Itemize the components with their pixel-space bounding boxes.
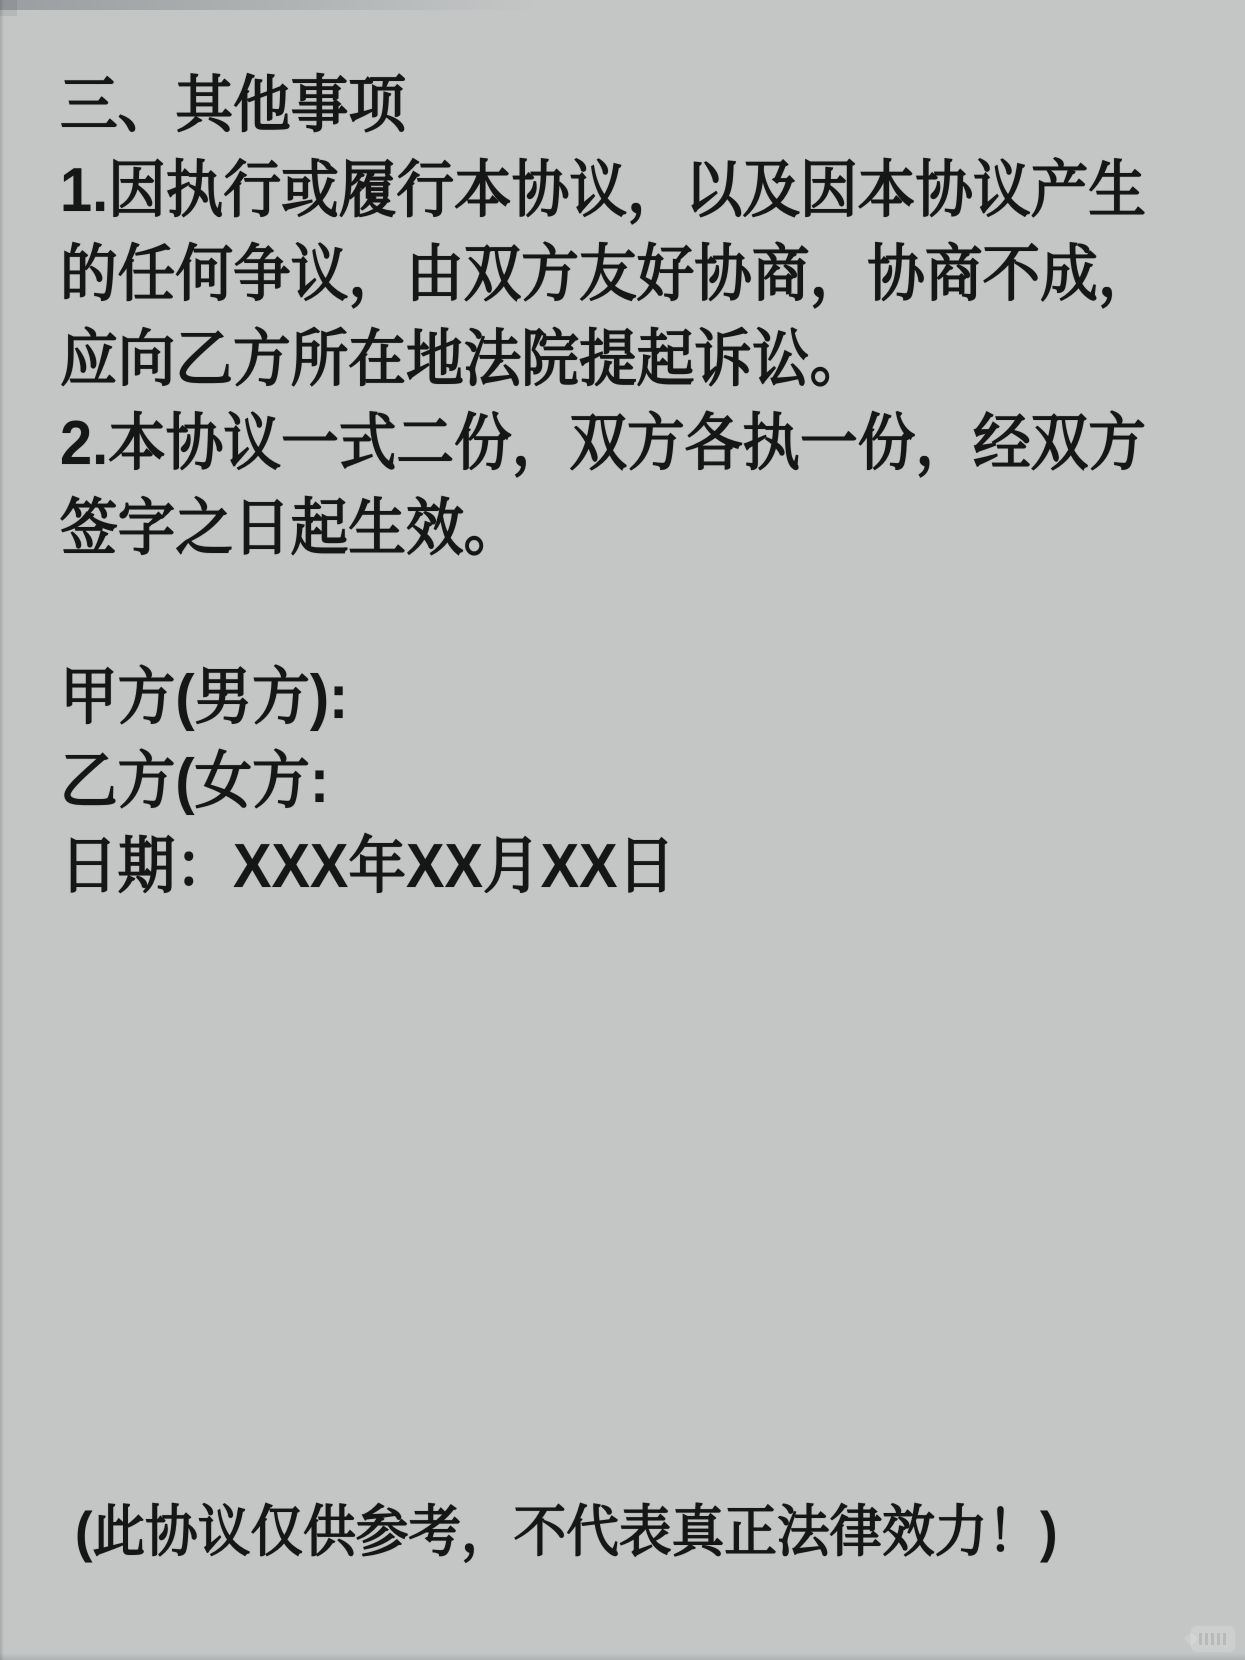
top-edge-shadow [0, 0, 540, 10]
disclaimer-note: (此协议仅供参考，不代表真正法律效力！) [75, 1494, 1058, 1570]
watermark-badge [1191, 1626, 1235, 1652]
signature-date: 日期：XXX年XX月XX日 [60, 825, 1156, 910]
signature-party-b: 乙方(女方: [60, 740, 1156, 825]
section-heading: 三、其他事项 [60, 64, 1156, 149]
top-left-corner-shadow [0, 0, 17, 16]
body-line-3: 应向乙方所在地法院提起诉讼。 [60, 318, 1156, 403]
agreement-text-block: 三、其他事项 1.因执行或履行本协议，以及因本协议产生 的任何争议，由双方友好协… [60, 64, 1238, 909]
body-line-2: 的任何争议，由双方友好协商，协商不成， [60, 233, 1156, 318]
watermark-logo-icon [1199, 1633, 1227, 1645]
left-edge-shadow [0, 0, 4, 1660]
blank-line [60, 571, 1156, 656]
body-line-1: 1.因执行或履行本协议，以及因本协议产生 [60, 149, 1156, 234]
document-page: 三、其他事项 1.因执行或履行本协议，以及因本协议产生 的任何争议，由双方友好协… [0, 0, 1245, 1660]
bottom-edge-shadow [0, 1653, 1245, 1660]
signature-party-a: 甲方(男方): [60, 656, 1156, 741]
body-line-5: 签字之日起生效。 [60, 487, 1156, 572]
body-line-4: 2.本协议一式二份，双方各执一份，经双方 [60, 402, 1156, 487]
